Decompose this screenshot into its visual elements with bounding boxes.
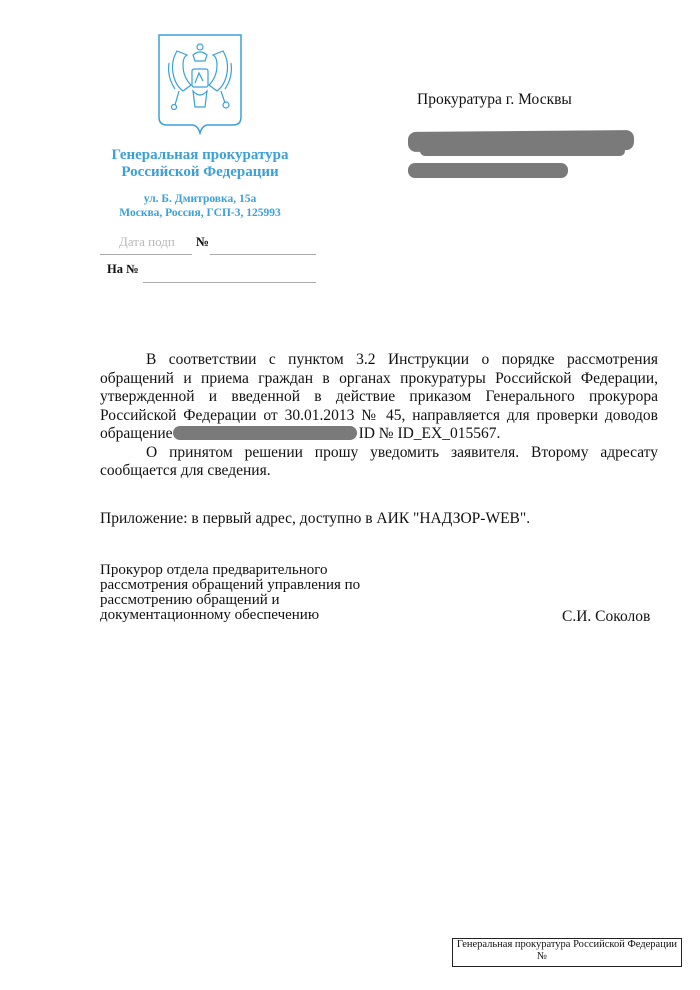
signatory-name: С.И. Соколов (562, 608, 650, 626)
redaction-mark (408, 163, 568, 178)
address-line2: Москва, Россия, ГСП-3, 125993 (100, 206, 300, 220)
coat-of-arms-icon (157, 33, 243, 135)
body-paragraph-1: В соответствии с пунктом 3.2 Инструкции … (100, 351, 658, 444)
redaction-mark (420, 146, 625, 156)
org-address: ул. Б. Дмитровка, 15а Москва, Россия, ГС… (100, 192, 300, 220)
signature-date-field: Дата подп (119, 234, 175, 250)
registration-stamp: Генеральная прокуратура Российской Федер… (452, 938, 682, 967)
signatory-title: Прокурор отдела предварительного рассмот… (100, 563, 400, 623)
reply-to-number-label: На № (107, 262, 139, 277)
org-name: Генеральная прокуратура Российской Федер… (100, 147, 300, 181)
redaction-mark (173, 426, 357, 440)
date-underline (100, 254, 192, 255)
letter-body: В соответствии с пунктом 3.2 Инструкции … (100, 351, 658, 481)
outgoing-number-label: № (196, 234, 209, 250)
number-underline (210, 254, 316, 255)
recipient-name: Прокуратура г. Москвы (417, 91, 572, 109)
body-paragraph-2: О принятом решении прошу уведомить заяви… (100, 444, 658, 481)
reply-to-underline (143, 282, 316, 283)
attachment-note: Приложение: в первый адрес, доступно в А… (100, 510, 530, 528)
org-name-line1: Генеральная прокуратура (100, 147, 300, 164)
address-line1: ул. Б. Дмитровка, 15а (100, 192, 300, 206)
org-name-line2: Российской Федерации (100, 164, 300, 181)
